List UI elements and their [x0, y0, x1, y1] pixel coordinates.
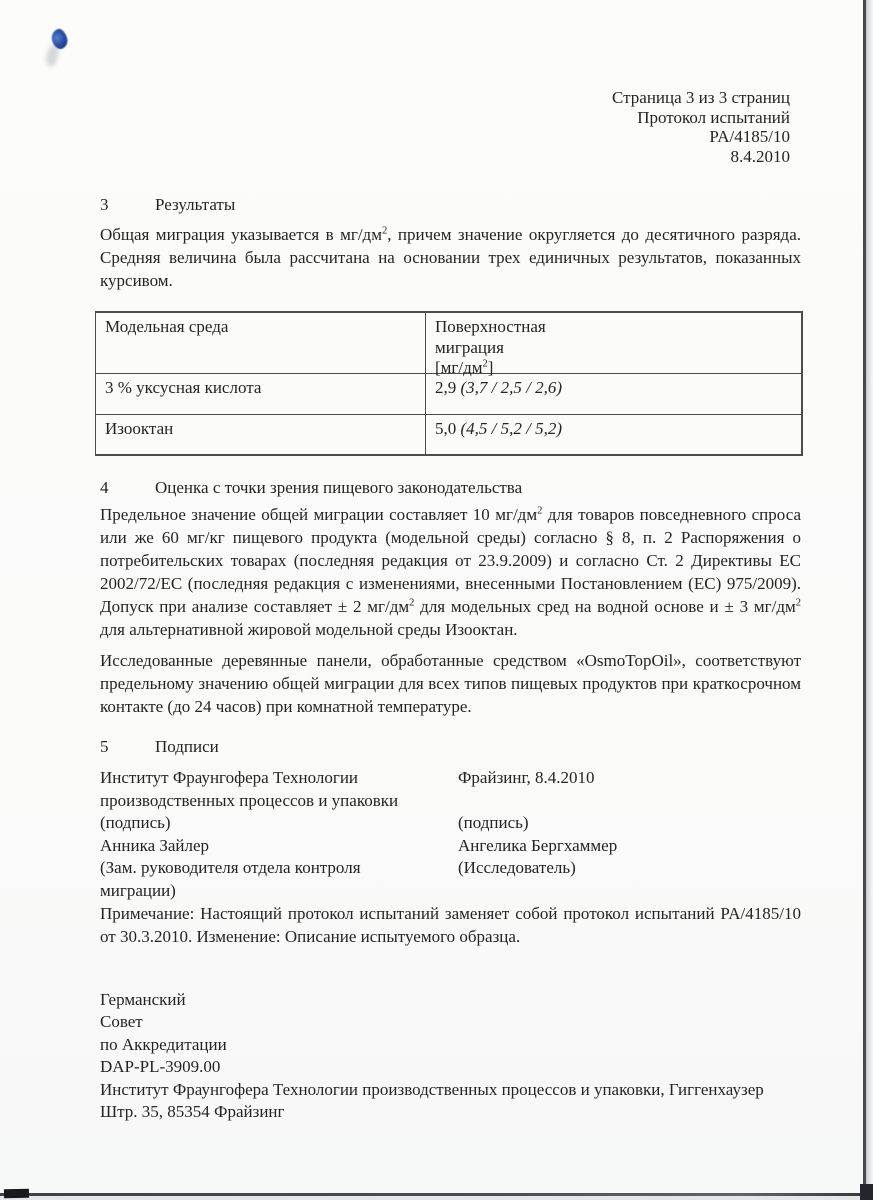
text-line: (Исследователь) [458, 857, 778, 880]
results-intro-paragraph: Общая миграция указывается в мг/дм2, при… [100, 223, 801, 292]
text-line: (Зам. руководителя отдела контроля [100, 857, 450, 880]
text-line: миграции) [100, 880, 450, 903]
text-segment: Предельное значение общей миграции соста… [100, 505, 537, 524]
conclusion-paragraph: Исследованные деревянные панели, обработ… [100, 649, 801, 718]
text-line: PA/4185/10 [612, 127, 790, 147]
text-line: Совет [100, 1011, 810, 1033]
header-line: миграция [435, 338, 795, 359]
text-line: по Аккредитации [100, 1034, 810, 1056]
text-line: Ангелика Бергхаммер [458, 835, 778, 858]
accreditation-footer: ГерманскийСоветпо АккредитацииDAP-PL-390… [100, 989, 810, 1123]
text-segment: (4,5 / 5,2 / 5,2) [461, 419, 563, 438]
text-segment: для модельных сред на водной основе и ± … [414, 597, 795, 616]
migration-limit-paragraph: Предельное значение общей миграции соста… [100, 503, 801, 641]
note-paragraph: Примечание: Настоящий протокол испытаний… [100, 902, 801, 948]
scan-edge-right-strip [866, 0, 873, 1200]
section-title: Результаты [155, 194, 235, 216]
table-cell-value: 2,9 (3,7 / 2,5 / 2,6) [425, 374, 801, 415]
header-line: Поверхностная [435, 317, 795, 338]
section-3-heading: 3 Результаты [100, 194, 800, 216]
table-cell-value: 5,0 (4,5 / 5,2 / 5,2) [425, 415, 801, 454]
text-line: Страница 3 из 3 страниц [612, 88, 790, 108]
table-header-migration: Поверхностная миграция [мг/дм2] [425, 313, 801, 374]
text-line: (подпись) [458, 812, 778, 835]
text-segment: 2 [796, 597, 801, 608]
text-line: Германский [100, 989, 810, 1011]
text-line: (подпись) [100, 812, 450, 835]
text-line [458, 790, 778, 813]
table-header-medium: Модельная среда [96, 313, 425, 374]
text-segment: 2,9 [435, 378, 461, 397]
text-line: 8.4.2010 [612, 147, 790, 167]
section-title: Оценка с точки зрения пищевого законодат… [155, 477, 522, 499]
scan-mark-bottom-left [4, 1189, 29, 1198]
text-segment: (3,7 / 2,5 / 2,6) [461, 378, 563, 397]
scan-edge-right-line [863, 0, 866, 1200]
scan-edge-bottom-line [0, 1193, 873, 1196]
text-line: Институт Фраунгофера Технологии [100, 767, 450, 790]
text-line: Анника Зайлер [100, 835, 450, 858]
text-line: Фрайзинг, 8.4.2010 [458, 767, 778, 790]
section-number: 4 [100, 477, 155, 499]
section-number: 3 [100, 194, 155, 216]
text-line: Штр. 35, 85354 Фрайзинг [100, 1101, 810, 1123]
document-header: Страница 3 из 3 страницПротокол испытани… [612, 88, 790, 166]
section-5-heading: 5 Подписи [100, 736, 800, 758]
table-cell-medium: 3 % уксусная кислота [96, 374, 425, 415]
signature-left-column: Институт Фраунгофера Технологиипроизводс… [100, 767, 450, 902]
text-line: Институт Фраунгофера Технологии производ… [100, 1079, 810, 1101]
scan-edge-bottom-strip [0, 1196, 873, 1200]
section-number: 5 [100, 736, 155, 758]
text-line: Протокол испытаний [612, 108, 790, 128]
section-4-heading: 4 Оценка с точки зрения пищевого законод… [100, 477, 800, 499]
signature-right-column: Фрайзинг, 8.4.2010 (подпись)Ангелика Бер… [458, 767, 778, 880]
section-title: Подписи [155, 736, 219, 758]
text-line: производственных процессов и упаковки [100, 790, 450, 813]
text-segment: Общая миграция указывается в мг/дм [100, 225, 382, 244]
text-segment: для альтернативной жировой модельной сре… [100, 620, 518, 639]
scanned-document-page: Страница 3 из 3 страницПротокол испытани… [0, 0, 873, 1200]
scan-mark-bottom-right [860, 1184, 873, 1200]
results-table: Модельная среда Поверхностная миграция [… [95, 311, 803, 456]
text-segment: 5,0 [435, 419, 461, 438]
table-cell-medium: Изооктан [96, 415, 425, 454]
text-line: DAP-PL-3909.00 [100, 1056, 810, 1078]
